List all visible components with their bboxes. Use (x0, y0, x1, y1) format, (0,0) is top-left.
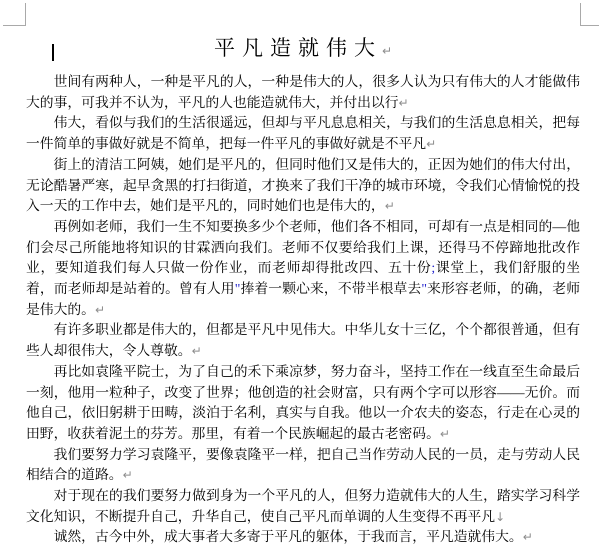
paragraph[interactable]: 我们要努力学习袁隆平，要像袁隆平一样，把自己当作劳动人民的一员，走与劳动人民相结… (26, 445, 580, 486)
pilcrow-mark-icon: ↵ (95, 303, 105, 317)
pilcrow-mark-icon: ↵ (523, 530, 533, 544)
text-run: 世间有两种人，一种是平凡的人，一种是伟大的人，很多人认为只有伟大的人才能做伟大的… (26, 74, 580, 110)
margin-crop-mark-top-left-icon (3, 3, 26, 26)
line-break-mark-icon: ↓ (495, 510, 505, 524)
paragraph[interactable]: 有许多职业都是伟大的，但都是平凡中见伟大。中华儿女十三亿，个个都很普通，但有些人… (26, 320, 580, 361)
paragraph[interactable]: 对于现在的我们要努力做到身为一个平凡的人，但努力造就伟大的人生，踏实学习科学文化… (26, 486, 580, 527)
text-run: 街上的清洁工阿姨，她们是平凡的，但同时他们又是伟大的，正因为她们的伟大付出，无论… (26, 157, 580, 213)
pilcrow-mark-icon: ↵ (382, 44, 392, 58)
paragraph[interactable]: 伟大，看似与我们的生活很遥远，但却与平凡息息相关，与我们的生活息息相关，把每一件… (26, 113, 580, 154)
paragraph[interactable]: 再例如老师，我们一生不知要换多少个老师，他们各不相同，可却有一点是相同的—他们会… (26, 217, 580, 321)
pilcrow-mark-icon: ↵ (399, 96, 409, 110)
text-run: 诚然，古今中外，成大事者大多寄于平凡的躯体，于我而言，平凡造就伟大。 (54, 529, 523, 544)
text-run: 再比如袁隆平院士，为了自己的禾下乘凉梦，努力奋斗，坚持工作在一线直至生命最后一刻… (26, 364, 580, 441)
margin-crop-mark-top-right-icon (580, 3, 599, 26)
paragraph[interactable]: 世间有两种人，一种是平凡的人，一种是伟大的人，很多人认为只有伟大的人才能做伟大的… (26, 72, 580, 113)
text-run: 伟大，看似与我们的生活很遥远，但却与平凡息息相关，与我们的生活息息相关，把每一件… (26, 115, 580, 151)
pilcrow-mark-icon: ↵ (426, 137, 436, 151)
document-content[interactable]: 平凡造就伟大↵ 世间有两种人，一种是平凡的人，一种是伟大的人，很多人认为只有伟大… (26, 32, 580, 548)
title-text: 平凡造就伟大 (214, 36, 382, 60)
text-run: 我们要努力学习袁隆平，要像袁隆平一样，把自己当作劳动人民的一员，走与劳动人民相结… (26, 447, 580, 483)
document-body[interactable]: 世间有两种人，一种是平凡的人，一种是伟大的人，很多人认为只有伟大的人才能做伟大的… (26, 72, 580, 548)
paragraph[interactable]: 诚然，古今中外，成大事者大多寄于平凡的躯体，于我而言，平凡造就伟大。↵ (26, 527, 580, 548)
pilcrow-mark-icon: ↵ (385, 199, 395, 213)
document-title[interactable]: 平凡造就伟大↵ (26, 32, 580, 67)
paragraph[interactable]: 再比如袁隆平院士，为了自己的禾下乘凉梦，努力奋斗，坚持工作在一线直至生命最后一刻… (26, 362, 580, 445)
pilcrow-mark-icon: ↵ (440, 427, 450, 441)
pilcrow-mark-icon: ↵ (192, 344, 202, 358)
document-page: 平凡造就伟大↵ 世间有两种人，一种是平凡的人，一种是伟大的人，很多人认为只有伟大… (0, 0, 601, 549)
pilcrow-mark-icon: ↵ (123, 468, 133, 482)
paragraph[interactable]: 街上的清洁工阿姨，她们是平凡的，但同时他们又是伟大的，正因为她们的伟大付出，无论… (26, 155, 580, 217)
text-run: 捧着一颗心来，不带半根草去 (240, 281, 421, 296)
text-run: 有许多职业都是伟大的，但都是平凡中见伟大。中华儿女十三亿，个个都很普通，但有些人… (26, 322, 580, 358)
